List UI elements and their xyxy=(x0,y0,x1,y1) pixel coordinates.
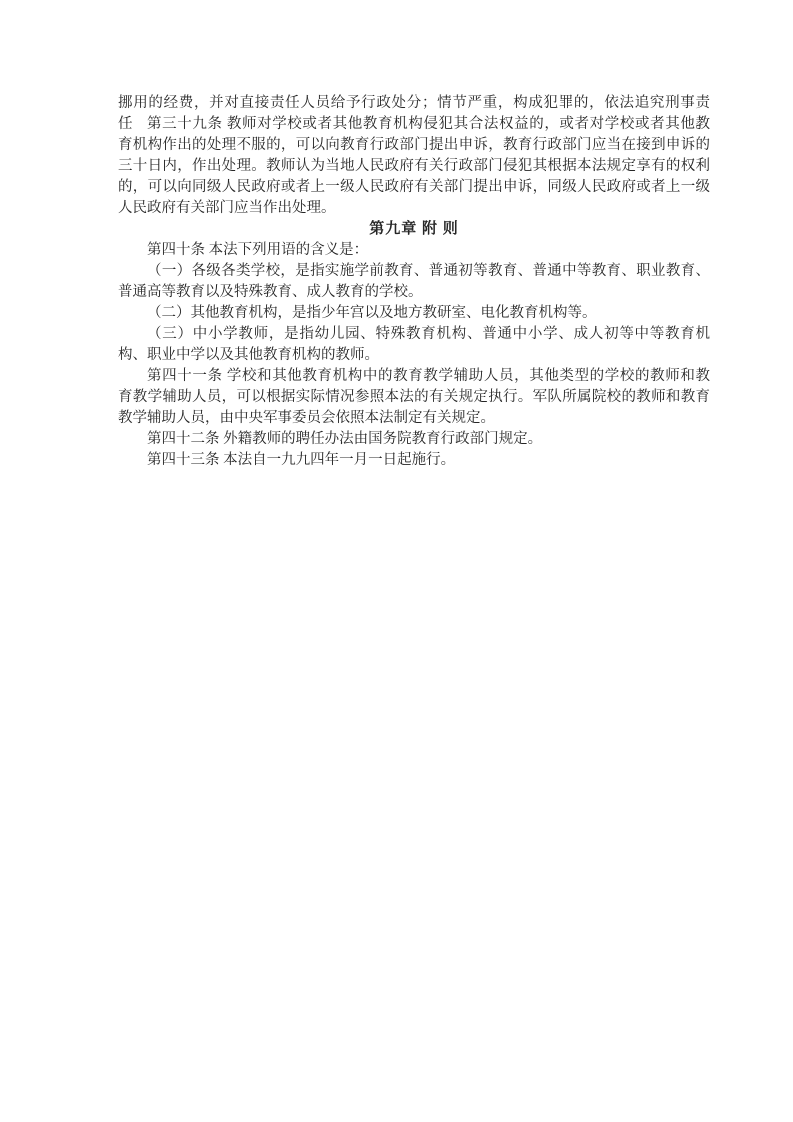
text-line: 构、职业中学以及其他教育机构的教师。 xyxy=(118,345,710,366)
text-line: 第四十一条 学校和其他教育机构中的教育教学辅助人员，其他类型的学校的教师和教 xyxy=(118,366,710,387)
chapter-heading: 第九章 附 则 xyxy=(118,219,710,240)
text-line: 三十日内，作出处理。教师认为当地人民政府有关行政部门侵犯其根据本法规定享有的权利 xyxy=(118,156,710,177)
document-body: 挪用的经费，并对直接责任人员给予行政处分；情节严重，构成犯罪的，依法追究刑事责任… xyxy=(118,93,710,471)
document-page: 挪用的经费，并对直接责任人员给予行政处分；情节严重，构成犯罪的，依法追究刑事责任… xyxy=(0,0,793,1122)
text-line: 第四十条 本法下列用语的含义是： xyxy=(118,240,710,261)
text-line: 育教学辅助人员，可以根据实际情况参照本法的有关规定执行。军队所属院校的教师和教育 xyxy=(118,387,710,408)
text-line: 教学辅助人员，由中央军事委员会依照本法制定有关规定。 xyxy=(118,408,710,429)
text-line: 普通高等教育以及特殊教育、成人教育的学校。 xyxy=(118,282,710,303)
text-line: （三）中小学教师，是指幼儿园、特殊教育机构、普通中小学、成人初等中等教育机 xyxy=(118,324,710,345)
text-line: 人民政府有关部门应当作出处理。 xyxy=(118,198,710,219)
text-line: 第四十二条 外籍教师的聘任办法由国务院教育行政部门规定。 xyxy=(118,429,710,450)
text-line: 第三十九条 教师对学校或者其他教育机构侵犯其合法权益的，或者对学校或者其他教 xyxy=(118,114,710,135)
text-line: 的，可以向同级人民政府或者上一级人民政府有关部门提出申诉，同级人民政府或者上一级 xyxy=(118,177,710,198)
text-line: 挪用的经费，并对直接责任人员给予行政处分；情节严重，构成犯罪的，依法追究刑事责任… xyxy=(118,93,710,114)
text-line: （二）其他教育机构，是指少年宫以及地方教研室、电化教育机构等。 xyxy=(118,303,710,324)
text-line: （一）各级各类学校，是指实施学前教育、普通初等教育、普通中等教育、职业教育、 xyxy=(118,261,710,282)
text-line: 第四十三条 本法自一九九四年一月一日起施行。 xyxy=(118,450,710,471)
text-line: 育机构作出的处理不服的，可以向教育行政部门提出申诉，教育行政部门应当在接到申诉的 xyxy=(118,135,710,156)
